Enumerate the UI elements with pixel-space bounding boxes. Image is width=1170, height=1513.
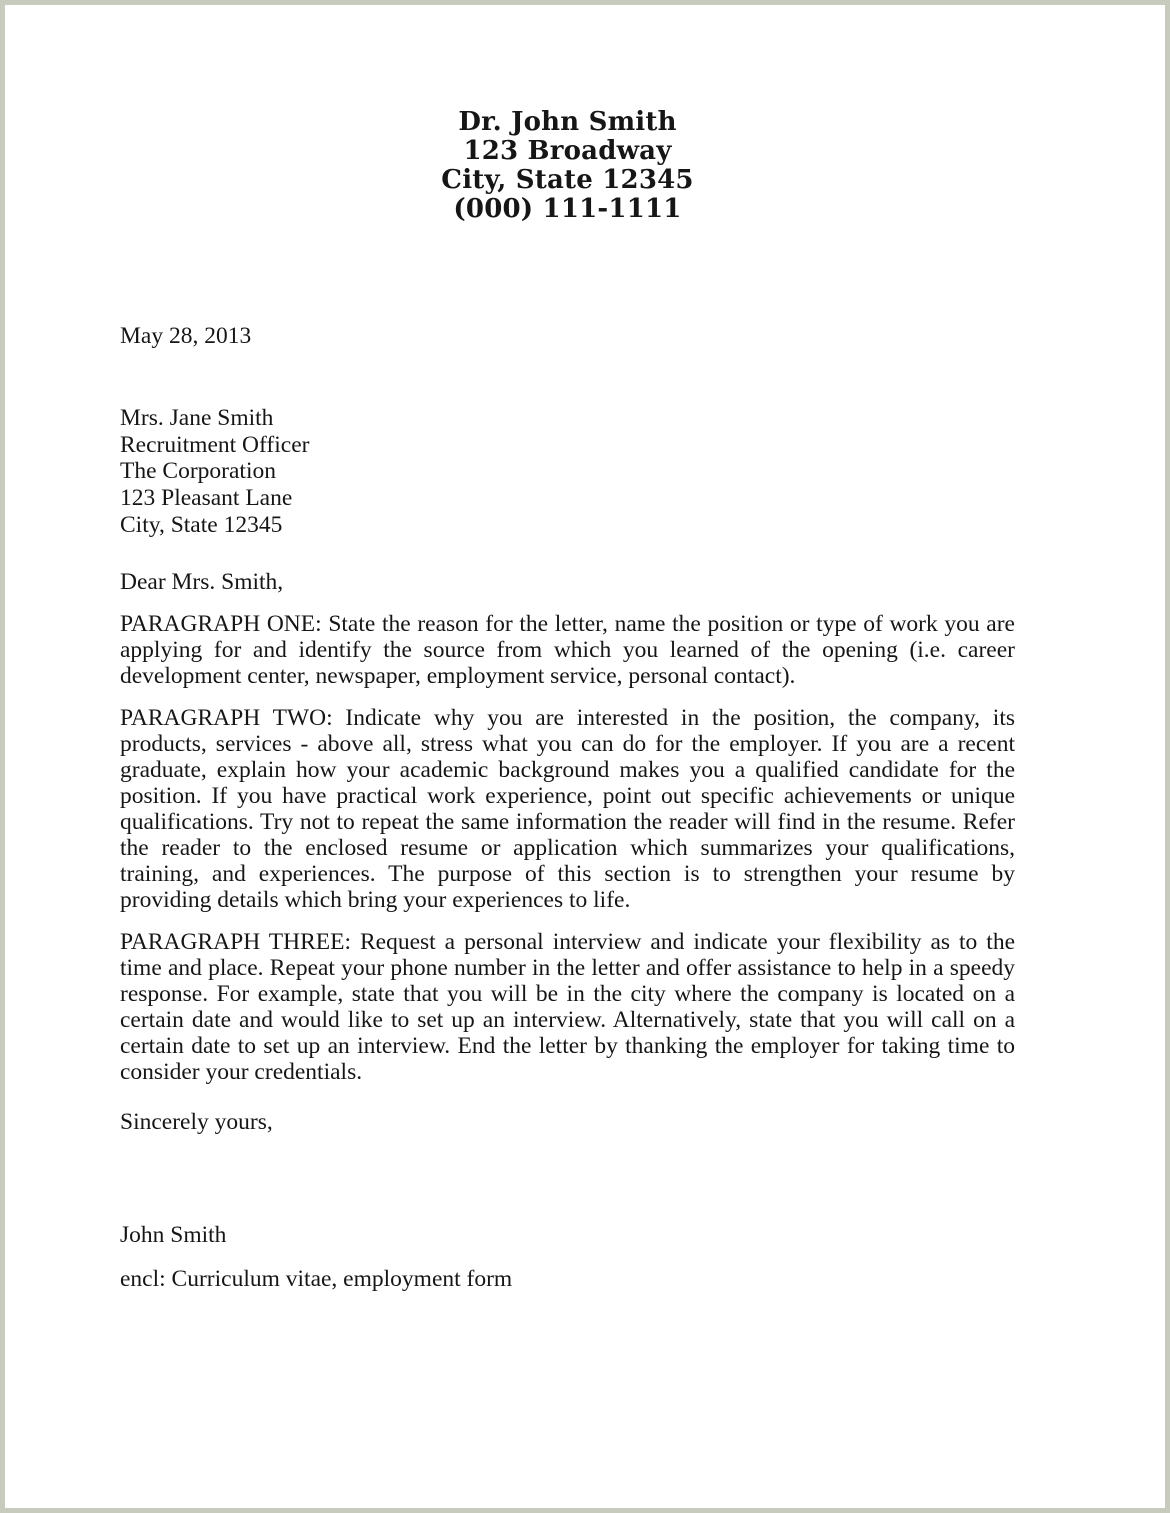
sender-letterhead: Dr. John Smith 123 Broadway City, State …	[120, 5, 1015, 224]
letter-date: May 28, 2013	[120, 323, 1015, 350]
recipient-street: 123 Pleasant Lane	[120, 485, 1015, 512]
letter-page: Dr. John Smith 123 Broadway City, State …	[0, 0, 1170, 1513]
paragraph-two: PARAGRAPH TWO: Indicate why you are inte…	[120, 705, 1015, 913]
sender-phone: (000) 111-1111	[120, 195, 1015, 224]
recipient-title: Recruitment Officer	[120, 432, 1015, 459]
recipient-block: Mrs. Jane Smith Recruitment Officer The …	[120, 405, 1015, 539]
sender-street: 123 Broadway	[120, 137, 1015, 166]
enclosure-note: encl: Curriculum vitae, employment form	[120, 1266, 1015, 1292]
paragraph-one: PARAGRAPH ONE: State the reason for the …	[120, 611, 1015, 689]
closing-line: Sincerely yours,	[120, 1109, 1015, 1135]
signature-name: John Smith	[120, 1222, 1015, 1248]
sender-city-line: City, State 12345	[120, 166, 1015, 195]
sender-name: Dr. John Smith	[120, 108, 1015, 137]
salutation: Dear Mrs. Smith,	[120, 569, 1015, 595]
recipient-company: The Corporation	[120, 458, 1015, 485]
paragraph-three: PARAGRAPH THREE: Request a personal inte…	[120, 929, 1015, 1085]
letter-content: Dr. John Smith 123 Broadway City, State …	[5, 5, 1165, 1508]
recipient-name: Mrs. Jane Smith	[120, 405, 1015, 432]
recipient-city-line: City, State 12345	[120, 512, 1015, 539]
